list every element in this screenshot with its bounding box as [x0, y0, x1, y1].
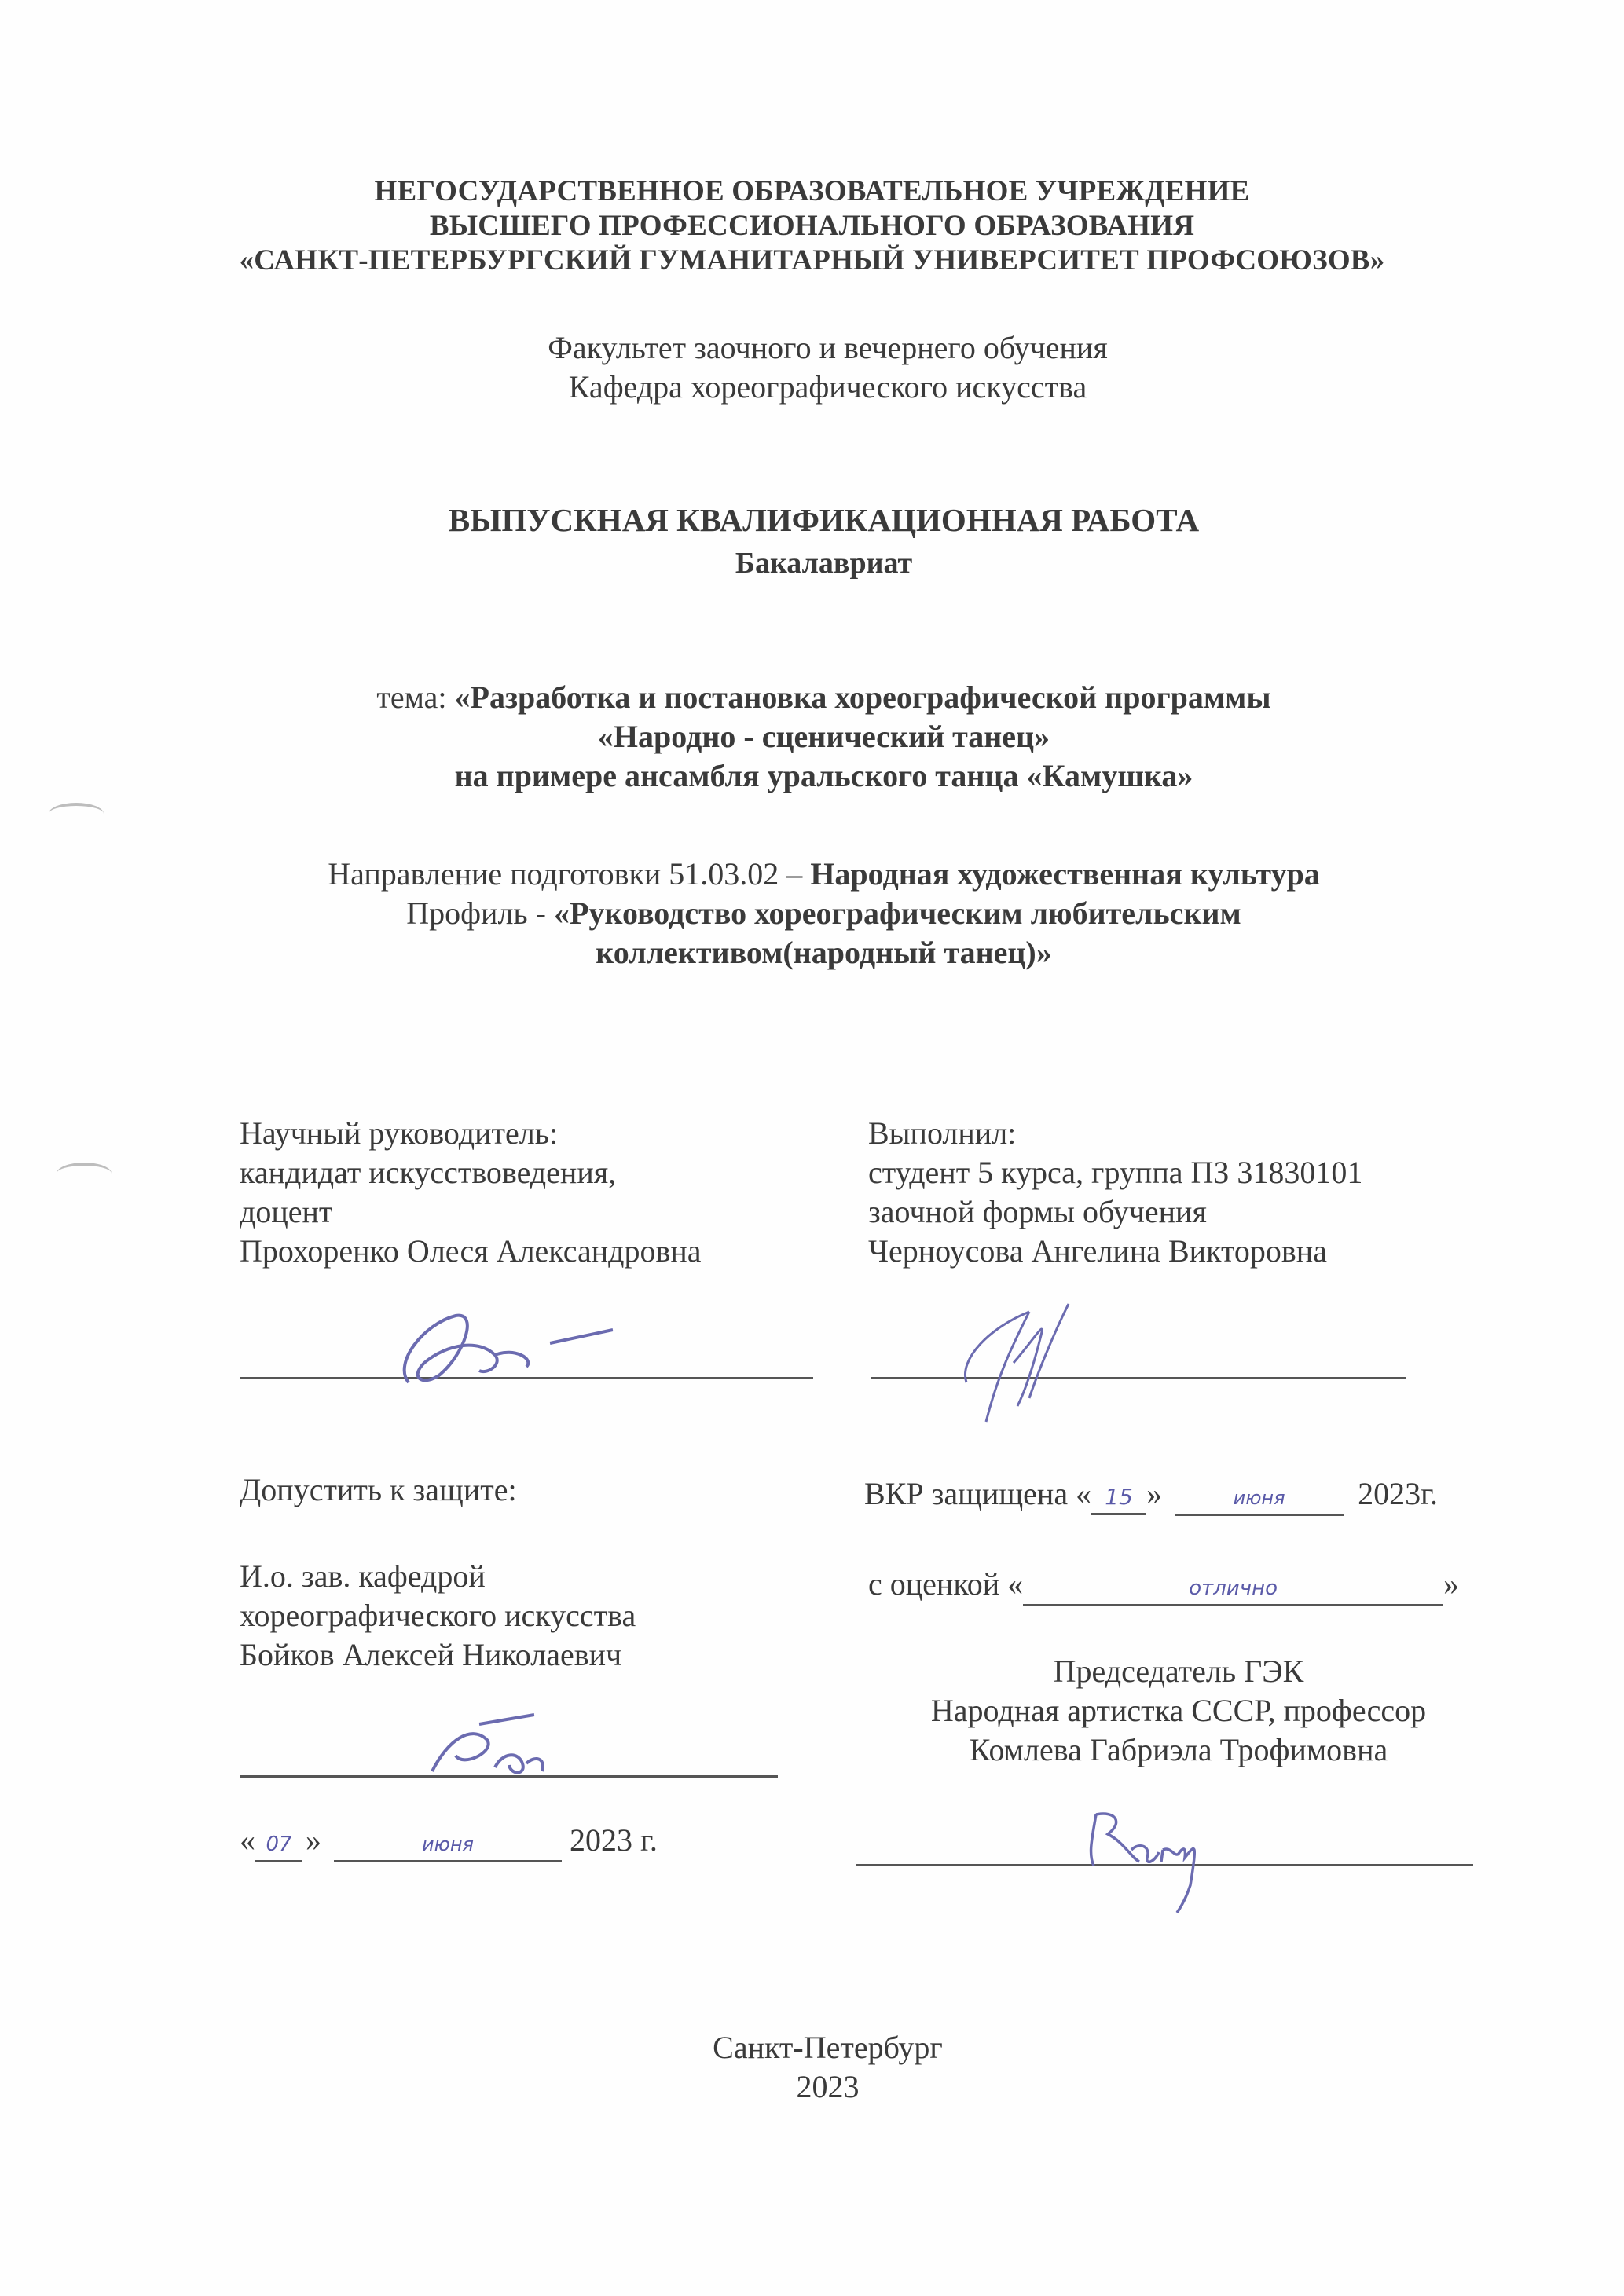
- head-position-2: хореографического искусства: [240, 1596, 636, 1635]
- institution-header: НЕГОСУДАРСТВЕННОЕ ОБРАЗОВАТЕЛЬНОЕ УЧРЕЖД…: [0, 174, 1624, 278]
- supervisor-block: Научный руководитель: кандидат искусство…: [240, 1114, 702, 1271]
- grade-value: отлично: [1023, 1573, 1443, 1606]
- admission-date-close: »: [306, 1822, 321, 1858]
- defense-close: »: [1146, 1476, 1162, 1511]
- defense-year: 2023г.: [1358, 1476, 1438, 1511]
- work-type: ВЫПУСКНАЯ КВАЛИФИКАЦИОННАЯ РАБОТА: [24, 499, 1624, 542]
- theme-line-1: тема: «Разработка и постановка хореограф…: [24, 678, 1624, 717]
- punch-hole-mark-bottom: [57, 1163, 112, 1185]
- student-form: заочной формы обучения: [868, 1192, 1362, 1232]
- direction-label: Направление подготовки 51.03.02 –: [328, 856, 810, 892]
- profile-line-1: Профиль - «Руководство хореографическим …: [24, 894, 1624, 933]
- admission-date: «07» июня 2023 г.: [240, 1821, 658, 1862]
- student-signature-icon: [943, 1288, 1100, 1437]
- admission-date-year: 2023 г.: [570, 1822, 658, 1858]
- head-of-department-block: И.о. зав. кафедрой хореографического иск…: [240, 1557, 636, 1675]
- chairman-block: Председатель ГЭК Народная артистка СССР,…: [849, 1652, 1509, 1770]
- chairman-name: Комлева Габриэла Трофимовна: [849, 1730, 1509, 1770]
- chairman-title: Председатель ГЭК: [849, 1652, 1509, 1691]
- work-type-block: ВЫПУСКНАЯ КВАЛИФИКАЦИОННАЯ РАБОТА Бакала…: [0, 499, 1624, 585]
- grade-label: с оценкой «: [868, 1566, 1023, 1602]
- admission-date-month: июня: [334, 1829, 562, 1862]
- faculty-name: Факультет заочного и вечернего обучения: [31, 328, 1624, 368]
- admission-date-open: «: [240, 1822, 255, 1858]
- head-position-1: И.о. зав. кафедрой: [240, 1557, 636, 1596]
- supervisor-signature-icon: [377, 1300, 629, 1402]
- institution-line-2: ВЫСШЕГО ПРОФЕССИОНАЛЬНОГО ОБРАЗОВАНИЯ: [0, 209, 1624, 244]
- chairman-rank: Народная артистка СССР, профессор: [849, 1691, 1509, 1730]
- faculty-block: Факультет заочного и вечернего обучения …: [0, 328, 1624, 407]
- theme-line-2: «Народно - сценический танец»: [24, 717, 1624, 756]
- defense-month: июня: [1175, 1482, 1344, 1516]
- theme-title-1: «Разработка и постановка хореографическо…: [455, 679, 1271, 715]
- defense-label: ВКР защищена «: [864, 1476, 1091, 1511]
- student-course: студент 5 курса, группа ПЗ 31830101: [868, 1153, 1362, 1192]
- defense-day: 15: [1091, 1481, 1146, 1515]
- profile-label: Профиль -: [406, 895, 554, 931]
- defense-grade: с оценкой «отлично»: [868, 1565, 1459, 1606]
- profile-value-1: «Руководство хореографическим любительск…: [554, 895, 1241, 931]
- student-name: Черноусова Ангелина Викторовна: [868, 1232, 1362, 1271]
- head-signature-icon: [416, 1708, 574, 1783]
- direction-value: Народная художественная культура: [810, 856, 1319, 892]
- supervisor-name: Прохоренко Олеся Александровна: [240, 1232, 702, 1271]
- footer-block: Санкт-Петербург 2023: [0, 2028, 1624, 2107]
- institution-line-1: НЕГОСУДАРСТВЕННОЕ ОБРАЗОВАТЕЛЬНОЕ УЧРЕЖД…: [0, 174, 1624, 209]
- supervisor-title: Научный руководитель:: [240, 1114, 702, 1153]
- footer-city: Санкт-Петербург: [31, 2028, 1624, 2067]
- defense-date: ВКР защищена «15» июня 2023г.: [864, 1474, 1438, 1516]
- institution-line-3: «САНКТ-ПЕТЕРБУРГСКИЙ ГУМАНИТАРНЫЙ УНИВЕР…: [0, 244, 1624, 278]
- admission-block: Допустить к защите:: [240, 1470, 517, 1510]
- supervisor-rank: доцент: [240, 1192, 702, 1232]
- admission-title: Допустить к защите:: [240, 1470, 517, 1510]
- student-title: Выполнил:: [868, 1114, 1362, 1153]
- department-name: Кафедра хореографического искусства: [31, 368, 1624, 407]
- theme-block: тема: «Разработка и постановка хореограф…: [0, 678, 1624, 796]
- punch-hole-mark-top: [49, 803, 104, 825]
- direction-block: Направление подготовки 51.03.02 – Народн…: [0, 855, 1624, 972]
- degree-level: Бакалавриат: [24, 542, 1624, 585]
- profile-value-2: коллективом(народный танец)»: [24, 933, 1624, 972]
- grade-close: »: [1443, 1566, 1459, 1602]
- supervisor-degree: кандидат искусствоведения,: [240, 1153, 702, 1192]
- theme-line-3: на примере ансамбля уральского танца «Ка…: [24, 756, 1624, 796]
- theme-prefix: тема:: [376, 679, 454, 715]
- title-page: НЕГОСУДАРСТВЕННОЕ ОБРАЗОВАТЕЛЬНОЕ УЧРЕЖД…: [0, 0, 1624, 2296]
- admission-date-day: 07: [255, 1829, 302, 1862]
- student-block: Выполнил: студент 5 курса, группа ПЗ 318…: [868, 1114, 1362, 1271]
- chairman-signature-icon: [1084, 1799, 1226, 1917]
- footer-year: 2023: [31, 2067, 1624, 2107]
- head-name: Бойков Алексей Николаевич: [240, 1635, 636, 1675]
- direction-line: Направление подготовки 51.03.02 – Народн…: [24, 855, 1624, 894]
